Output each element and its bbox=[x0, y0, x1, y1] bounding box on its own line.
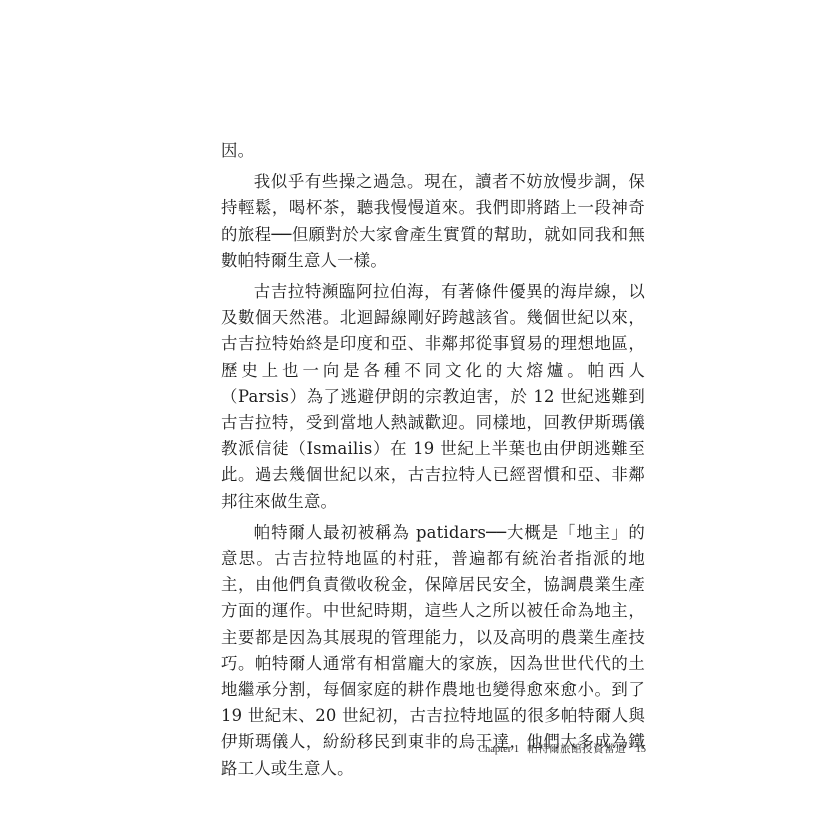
chapter-label: Chapter 1 bbox=[478, 744, 519, 755]
paragraph-intro-journey: 我似乎有些操之過急。現在，讀者不妨放慢步調，保持輕鬆，喝杯茶，聽我慢慢道來。我們… bbox=[221, 169, 645, 274]
page-body: 因。 我似乎有些操之過急。現在，讀者不妨放慢步調，保持輕鬆，喝杯茶，聽我慢慢道來… bbox=[221, 138, 645, 782]
paragraph-gujarat-history: 古吉拉特瀕臨阿拉伯海，有著條件優異的海岸線，以及數個天然港。北迴歸線剛好跨越該省… bbox=[221, 279, 645, 515]
page-footer: Chapter 1 帕特爾旅館投資當道 15 bbox=[478, 741, 646, 756]
paragraph-continuation: 因。 bbox=[221, 138, 645, 164]
chapter-title: 帕特爾旅館投資當道 bbox=[527, 741, 626, 756]
page-number: 15 bbox=[636, 744, 647, 755]
